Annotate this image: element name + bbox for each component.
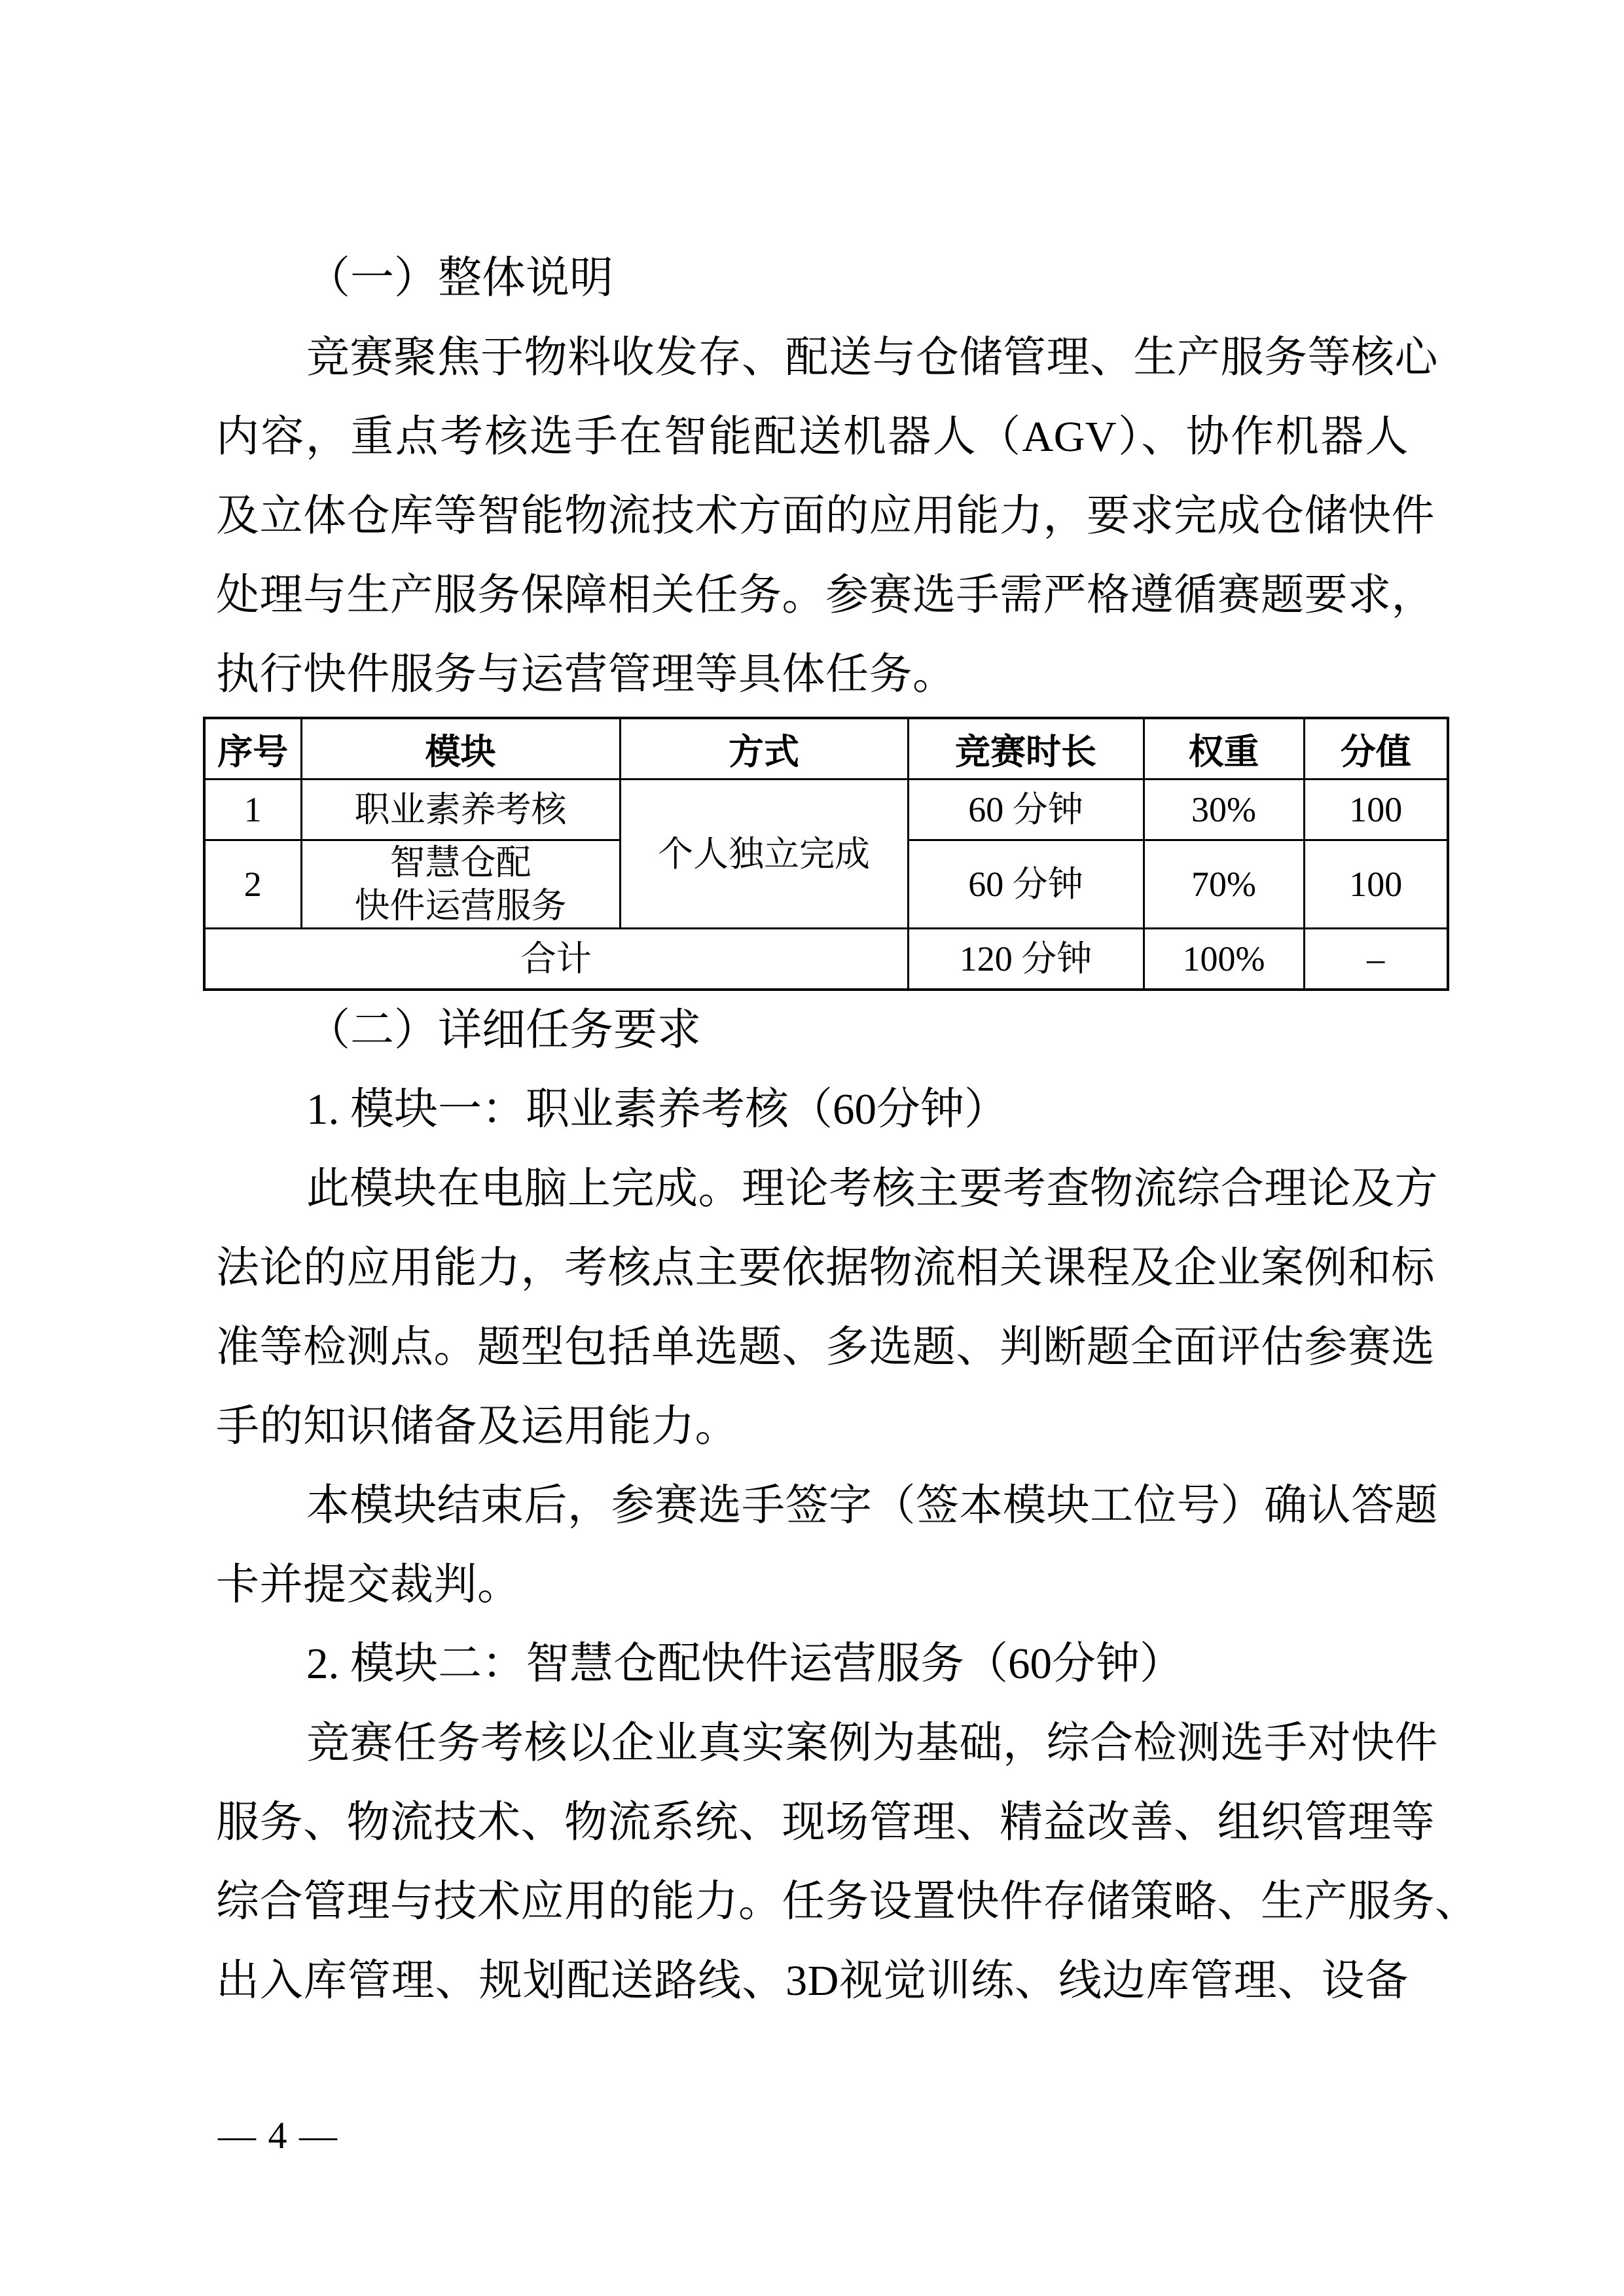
seq-cell: 2 xyxy=(204,840,301,929)
module-1-heading: 1. 模块一：职业素养考核（60分钟） xyxy=(216,1070,1409,1149)
table-header-cell: 方式 xyxy=(620,718,908,780)
duration-cell: 60 分钟 xyxy=(908,780,1144,840)
paragraph-line: 本模块结束后，参赛选手签字（签本模块工位号）确认答题 xyxy=(216,1466,1409,1545)
table-row: 1 职业素养考核 个人独立完成 60 分钟 30% 100 xyxy=(204,780,1448,840)
section-1-heading: （一）整体说明 xyxy=(216,239,1409,318)
paragraph-line: 及立体仓库等智能物流技术方面的应用能力，要求完成仓储快件 xyxy=(216,476,1409,556)
section-2-heading: （二）详细任务要求 xyxy=(216,991,1409,1070)
document-page: （一）整体说明 竞赛聚焦于物料收发存、配送与仓储管理、生产服务等核心 内容，重点… xyxy=(0,0,1624,2296)
paragraph-line: 处理与生产服务保障相关任务。参赛选手需严格遵循赛题要求， xyxy=(216,556,1409,635)
table-header-cell: 权重 xyxy=(1144,718,1304,780)
paragraph-line: 执行快件服务与运营管理等具体任务。 xyxy=(216,635,1409,714)
table-header-cell: 竞赛时长 xyxy=(908,718,1144,780)
table-header-cell: 模块 xyxy=(301,718,620,780)
paragraph-line: 此模块在电脑上完成。理论考核主要考查物流综合理论及方 xyxy=(216,1149,1409,1229)
duration-cell: 120 分钟 xyxy=(908,929,1144,990)
paragraph-line: 内容，重点考核选手在智能配送机器人（AGV）、协作机器人 xyxy=(216,397,1409,476)
score-cell: 100 xyxy=(1304,840,1448,929)
page-content: （一）整体说明 竞赛聚焦于物料收发存、配送与仓储管理、生产服务等核心 内容，重点… xyxy=(216,239,1409,2020)
module-cell: 职业素养考核 xyxy=(301,780,620,840)
paragraph-line: 准等检测点。题型包括单选题、多选题、判断题全面评估参赛选 xyxy=(216,1308,1409,1387)
table-header-cell: 序号 xyxy=(204,718,301,780)
weight-cell: 30% xyxy=(1144,780,1304,840)
paragraph-line: 手的知识储备及运用能力。 xyxy=(216,1387,1409,1466)
paragraph-line: 竞赛聚焦于物料收发存、配送与仓储管理、生产服务等核心 xyxy=(216,318,1409,397)
paragraph-line: 卡并提交裁判。 xyxy=(216,1545,1409,1624)
score-cell: – xyxy=(1304,929,1448,990)
method-cell: 个人独立完成 xyxy=(620,780,908,929)
weight-cell: 100% xyxy=(1144,929,1304,990)
page-number: — 4 — xyxy=(218,2100,338,2172)
module-cell-line: 智慧仓配 xyxy=(302,841,619,884)
paragraph-line: 服务、物流技术、物流系统、现场管理、精益改善、组织管理等 xyxy=(216,1783,1409,1862)
total-label-cell: 合计 xyxy=(204,929,908,990)
score-cell: 100 xyxy=(1304,780,1448,840)
table-header-row: 序号 模块 方式 竞赛时长 权重 分值 xyxy=(204,718,1448,780)
modules-table: 序号 模块 方式 竞赛时长 权重 分值 1 职业素养考核 个人独立完成 60 分… xyxy=(203,717,1449,991)
table-header-cell: 分值 xyxy=(1304,718,1448,780)
paragraph-line: 出入库管理、规划配送路线、3D视觉训练、线边库管理、设备 xyxy=(216,1941,1409,2020)
paragraph-line: 法论的应用能力，考核点主要依据物流相关课程及企业案例和标 xyxy=(216,1229,1409,1308)
module-cell: 智慧仓配 快件运营服务 xyxy=(301,840,620,929)
paragraph-line: 竞赛任务考核以企业真实案例为基础，综合检测选手对快件 xyxy=(216,1704,1409,1783)
module-2-heading: 2. 模块二：智慧仓配快件运营服务（60分钟） xyxy=(216,1624,1409,1704)
seq-cell: 1 xyxy=(204,780,301,840)
paragraph-line: 综合管理与技术应用的能力。任务设置快件存储策略、生产服务、 xyxy=(216,1862,1409,1941)
weight-cell: 70% xyxy=(1144,840,1304,929)
module-cell-line: 快件运营服务 xyxy=(302,884,619,927)
table-total-row: 合计 120 分钟 100% – xyxy=(204,929,1448,990)
duration-cell: 60 分钟 xyxy=(908,840,1144,929)
